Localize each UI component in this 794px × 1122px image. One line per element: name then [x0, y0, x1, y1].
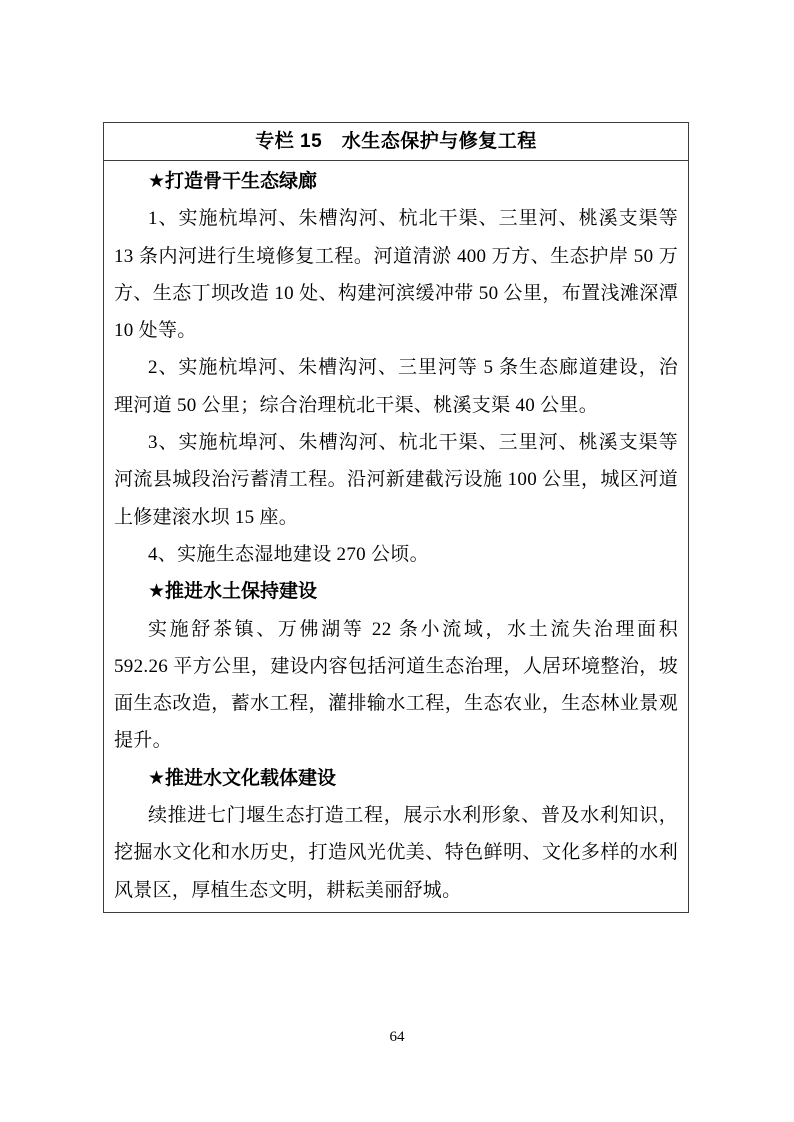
paragraph-eco-wetland-construction: 4、实施生态湿地建设 270 公顷。	[114, 536, 678, 573]
paragraph-qimenyan-eco-project: 续推进七门堰生态打造工程，展示水利形象、普及水利知识，挖掘水文化和水历史，打造风…	[114, 797, 678, 909]
paragraph-river-habitat-restoration: 1、实施杭埠河、朱槽沟河、杭北干渠、三里河、桃溪支渠等 13 条内河进行生境修复…	[114, 200, 678, 349]
section-heading-soil-water-conservation: ★推进水土保持建设	[114, 573, 678, 610]
panel-body: ★打造骨干生态绿廊 1、实施杭埠河、朱槽沟河、杭北干渠、三里河、桃溪支渠等 13…	[104, 161, 688, 912]
feature-box: 专栏 15 水生态保护与修复工程 ★打造骨干生态绿廊 1、实施杭埠河、朱槽沟河、…	[103, 122, 689, 913]
section-heading-water-culture-carrier: ★推进水文化载体建设	[114, 760, 678, 797]
paragraph-small-watershed-treatment: 实施舒茶镇、万佛湖等 22 条小流域，水土流失治理面积 592.26 平方公里，…	[114, 611, 678, 760]
paragraph-eco-corridor-construction: 2、实施杭埠河、朱槽沟河、三里河等 5 条生态廊道建设，治理河道 50 公里；综…	[114, 349, 678, 424]
document-page: 专栏 15 水生态保护与修复工程 ★打造骨干生态绿廊 1、实施杭埠河、朱槽沟河、…	[0, 0, 794, 1122]
panel-title: 专栏 15 水生态保护与修复工程	[104, 123, 688, 161]
section-heading-green-corridor: ★打造骨干生态绿廊	[114, 163, 678, 200]
paragraph-pollution-control-works: 3、实施杭埠河、朱槽沟河、杭北干渠、三里河、桃溪支渠等河流县城段治污蓄清工程。沿…	[114, 424, 678, 536]
page-number: 64	[0, 1029, 794, 1046]
